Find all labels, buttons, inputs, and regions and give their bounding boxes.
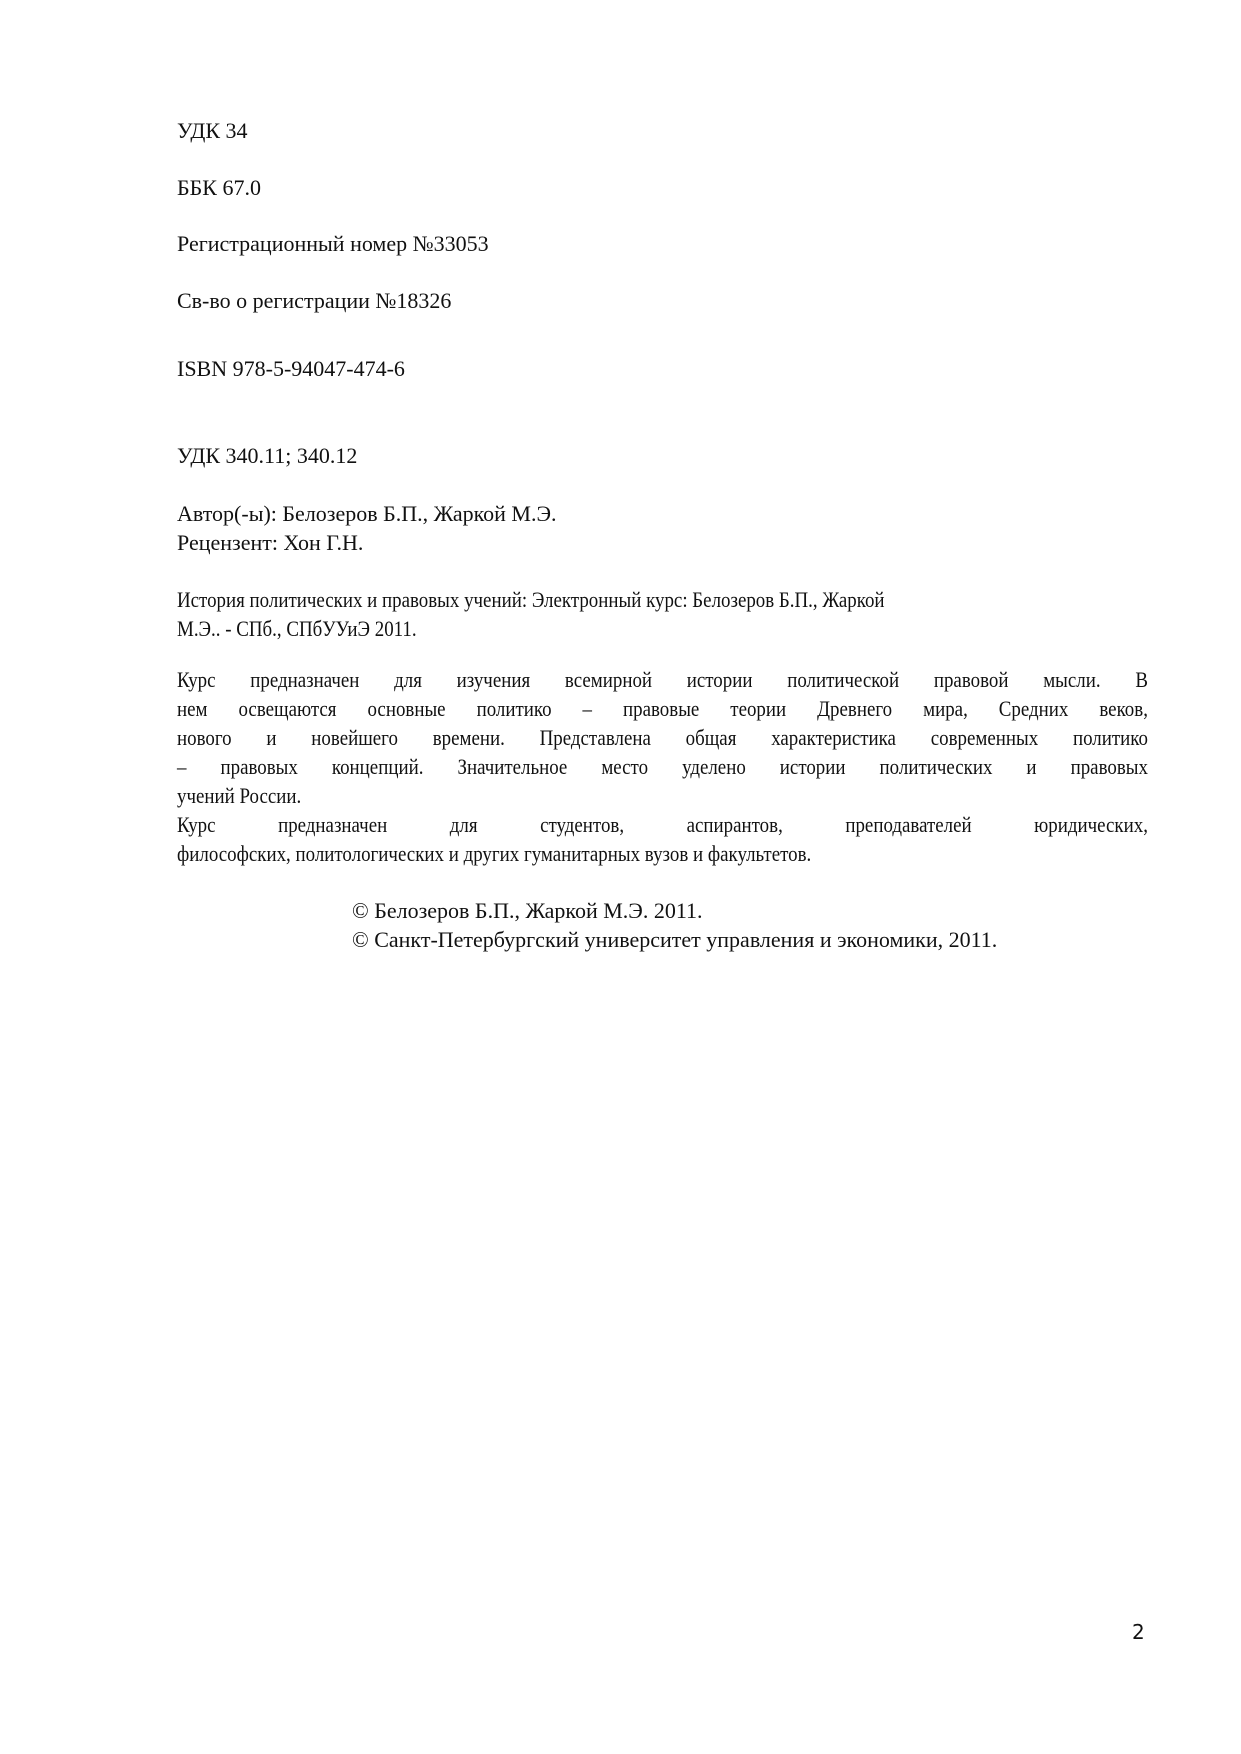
annotation-line: Курс предназначен для студентов, аспиран… [177,810,1148,839]
copyright-university: © Санкт-Петербургский университет управл… [352,925,997,954]
document-page: УДК 34 ББК 67.0 Регистрационный номер №3… [0,0,1241,1754]
annotation-line: – правовых концепций. Значительное место… [177,752,1148,781]
bbk-code: ББК 67.0 [177,173,261,202]
udk-short: УДК 34 [177,116,248,145]
copyright-authors: © Белозеров Б.П., Жаркой М.Э. 2011. [352,896,703,925]
authors: Автор(-ы): Белозеров Б.П., Жаркой М.Э. [177,499,557,528]
annotation-line: нем освещаются основные политико – право… [177,694,1148,723]
udk-full: УДК 340.11; 340.12 [177,441,357,470]
annotation-line: Курс предназначен для изучения всемирной… [177,665,1148,694]
citation-line: М.Э.. - СПб., СПбУУиЭ 2011. [177,614,1149,643]
citation: История политических и правовых учений: … [177,585,1148,643]
page-number: 2 [1132,1620,1145,1644]
annotation-line: философских, политологических и других г… [177,839,1148,868]
annotation-line: нового и новейшего времени. Представлена… [177,723,1148,752]
registration-number: Регистрационный номер №33053 [177,229,489,258]
annotation-paragraph-2: Курс предназначен для студентов, аспиран… [177,810,1148,868]
reviewer: Рецензент: Хон Г.Н. [177,528,363,557]
isbn: ISBN 978-5-94047-474-6 [177,354,405,383]
annotation-paragraph-1: Курс предназначен для изучения всемирной… [177,665,1148,810]
annotation-line: учений России. [177,781,1148,810]
citation-line: История политических и правовых учений: … [177,585,1149,614]
registration-certificate: Св-во о регистрации №18326 [177,286,451,315]
